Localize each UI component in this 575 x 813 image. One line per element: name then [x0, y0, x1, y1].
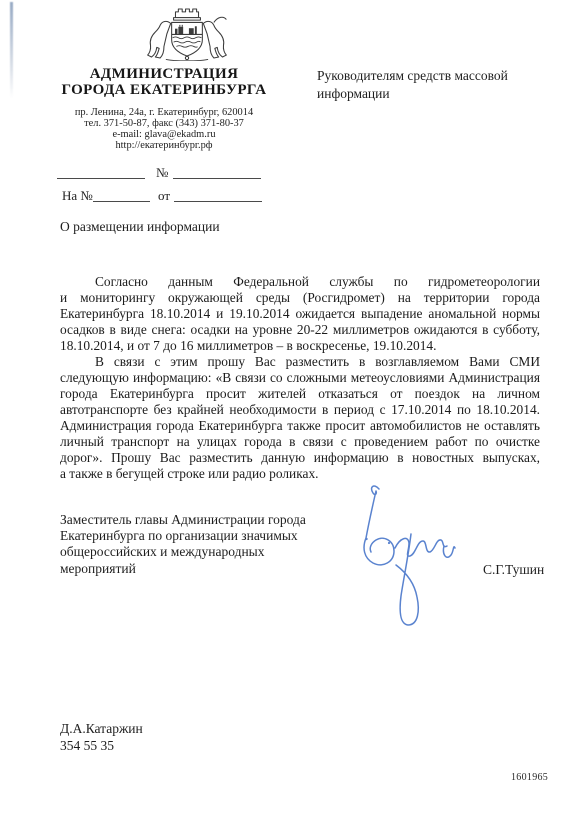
text-line: Согласно данным Федеральной службы по ги…	[60, 274, 540, 290]
executor-phone: 354 55 35	[60, 737, 143, 754]
letterhead-org-block: АДМИНИСТРАЦИЯ ГОРОДА ЕКАТЕРИНБУРГА пр. Л…	[36, 66, 292, 151]
number-label: №	[156, 165, 168, 181]
text-line: В связи с этим прошу Вас разместить в во…	[60, 354, 540, 370]
text-line: а также в бегущей строке или радио ролик…	[60, 466, 540, 482]
text-line: следующую информацию: «В связи со сложны…	[60, 370, 540, 386]
text-line: дорог». Прошу Вас разместить данную инфо…	[60, 450, 540, 466]
text-line: и мониторингу окружающей среды (Росгидро…	[60, 290, 540, 306]
subject-line: О размещении информации	[60, 219, 220, 235]
text-line: автотранспорте без крайней необходимости…	[60, 402, 540, 418]
org-name-line2: ГОРОДА ЕКАТЕРИНБУРГА	[36, 82, 292, 98]
org-name-line1: АДМИНИСТРАЦИЯ	[36, 66, 292, 82]
handwritten-signature	[360, 482, 456, 632]
body-paragraph-2: В связи с этим прошу Вас разместить в во…	[60, 354, 540, 482]
yekaterinburg-coat-of-arms-icon	[139, 5, 235, 61]
scan-artifact-line	[10, 2, 13, 98]
text-line: 18.10.2014, и от 7 до 16 миллиметров – в…	[60, 338, 540, 354]
executor-name: Д.А.Катаржин	[60, 720, 143, 737]
text-line: информации	[317, 85, 532, 103]
letter-body: Согласно данным Федеральной службы по ги…	[60, 274, 540, 482]
text-line: Екатеринбурга 18.10.2014 и 19.10.2014 ож…	[60, 306, 540, 322]
document-registration-number: 1601965	[511, 772, 548, 783]
on-number-label: На №	[62, 188, 93, 204]
org-email-line: e-mail: glava@ekadm.ru	[36, 129, 292, 140]
letter-page: АДМИНИСТРАЦИЯ ГОРОДА ЕКАТЕРИНБУРГА пр. Л…	[0, 0, 575, 813]
incoming-number-blank-line	[93, 189, 150, 202]
signer-name: С.Г.Тушин	[483, 562, 544, 578]
text-line: Заместитель главы Администрации города	[60, 512, 332, 528]
executor-block: Д.А.Катаржин 354 55 35	[60, 720, 143, 754]
outgoing-date-blank-line	[57, 166, 145, 179]
from-label: от	[158, 188, 170, 204]
org-address-block: пр. Ленина, 24а, г. Екатеринбург, 620014…	[36, 107, 292, 151]
text-line: осадков в виде снега: осадки на уровне 2…	[60, 322, 540, 338]
org-site-line: http://екатеринбург.рф	[36, 140, 292, 151]
text-line: мероприятий	[60, 561, 332, 577]
org-address-line: пр. Ленина, 24а, г. Екатеринбург, 620014	[36, 107, 292, 118]
signer-position-block: Заместитель главы Администрации городаЕк…	[60, 512, 332, 577]
org-phone-line: тел. 371-50-87, факс (343) 371-80-37	[36, 118, 292, 129]
text-line: личный транспорт на улицах города в связ…	[60, 434, 540, 450]
text-line: Руководителям средств массовой	[317, 67, 532, 85]
addressee-block: Руководителям средств массовойинформации	[317, 67, 532, 103]
text-line: Администрация города Екатеринбурга также…	[60, 418, 540, 434]
text-line: Екатеринбурга по организации значимых	[60, 528, 332, 544]
text-line: общероссийских и международных	[60, 544, 332, 560]
outgoing-number-blank-line	[173, 166, 261, 179]
text-line: города Екатеринбурга просит жителей отка…	[60, 386, 540, 402]
body-paragraph-1: Согласно данным Федеральной службы по ги…	[60, 274, 540, 354]
incoming-date-blank-line	[174, 189, 262, 202]
